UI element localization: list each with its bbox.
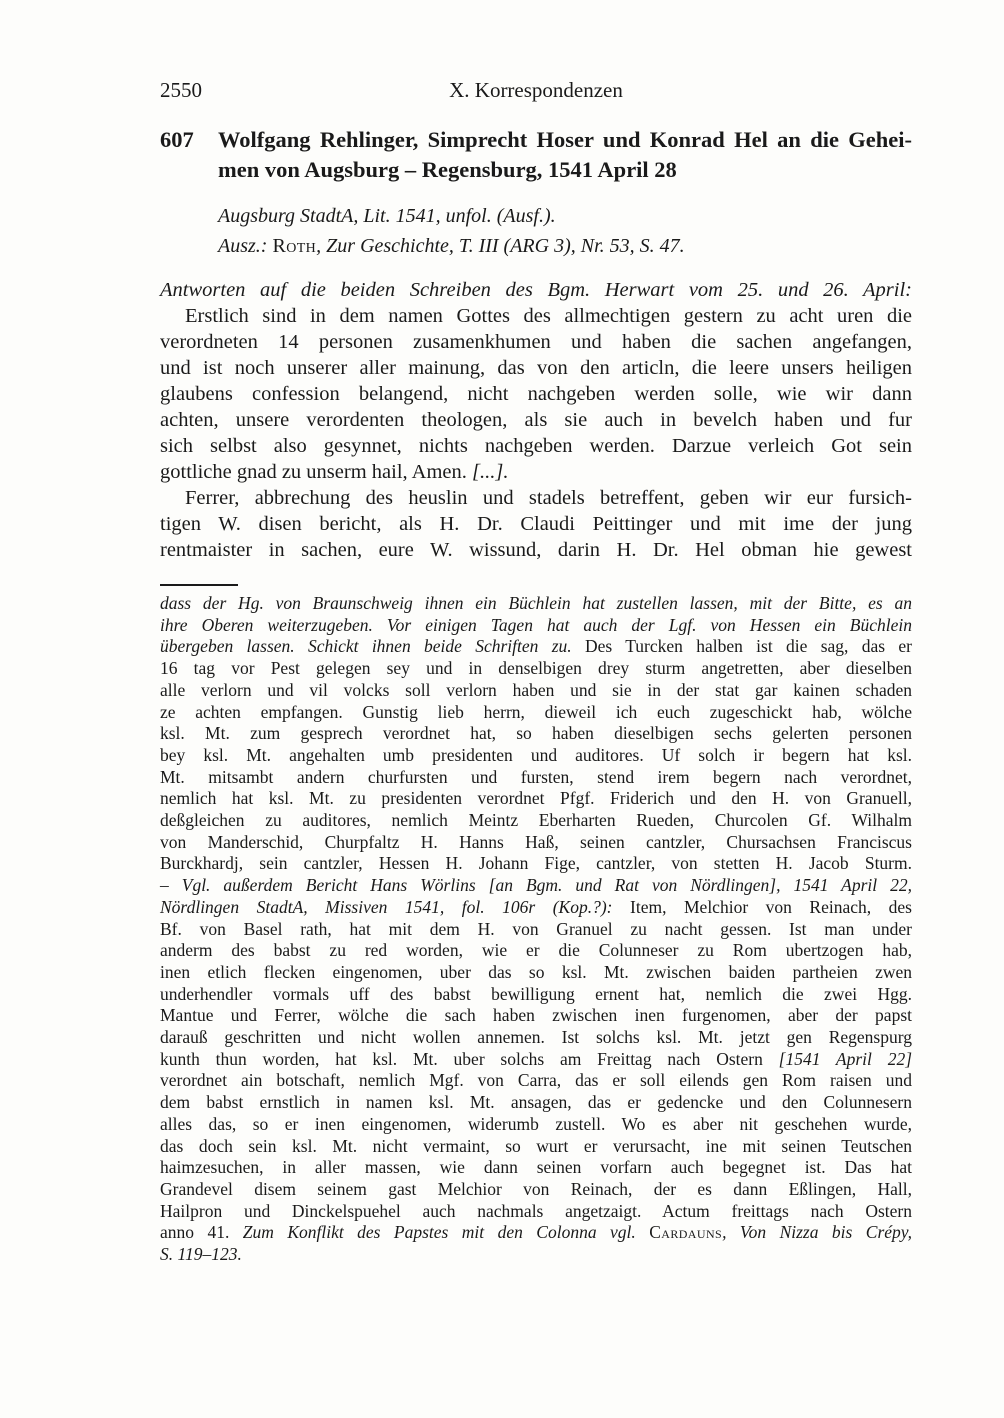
- text-run: [...].: [472, 461, 508, 483]
- text-run: Grandevel disem seinem gast Melchior von…: [160, 1179, 912, 1199]
- text-run: das doch sein ksl. Mt. nicht vermaint, s…: [160, 1136, 912, 1156]
- text-line: Burckhardj, sein cantzler, Hessen H. Joh…: [160, 853, 912, 875]
- text-line: sich selbst also gesynnet, nichts nachge…: [160, 433, 912, 459]
- text-line: deßgleichen zu auditores, nemlich Meintz…: [160, 810, 912, 832]
- text-run: Roth: [272, 235, 316, 257]
- text-line: Ferrer, abbrechung des heuslin und stade…: [160, 485, 912, 511]
- text-run: Antworten auf die beiden Schreiben des B…: [160, 279, 912, 301]
- text-line: tigen W. disen bericht, als H. Dr. Claud…: [160, 511, 912, 537]
- text-line: Mt. mitsambt andern churfursten und furs…: [160, 767, 912, 789]
- text-line: – Vgl. außerdem Bericht Hans Wörlins [an…: [160, 875, 912, 897]
- text-run: gottliche gnad zu unserm hail, Amen.: [160, 461, 472, 483]
- text-line: gottliche gnad zu unserm hail, Amen. [..…: [160, 459, 912, 485]
- text-line: Erstlich sind in dem namen Gottes des al…: [160, 303, 912, 329]
- text-line: men von Augsburg – Regensburg, 1541 Apri…: [218, 155, 912, 185]
- text-run: Bf. von Basel rath, hat mit dem H. von G…: [160, 919, 912, 939]
- text-line: das doch sein ksl. Mt. nicht vermaint, s…: [160, 1136, 912, 1158]
- text-line: alles das, so er inen eingenomen, wideru…: [160, 1114, 912, 1136]
- text-run: rentmaister in sachen, eure W. wissund, …: [160, 539, 912, 561]
- text-line: Antworten auf die beiden Schreiben des B…: [160, 277, 912, 303]
- text-run: anno 41.: [160, 1222, 243, 1242]
- text-run: Mantue und Ferrer, wölche die sach haben…: [160, 1005, 912, 1025]
- source-block: Augsburg StadtA, Lit. 1541, unfol. (Ausf…: [218, 202, 912, 261]
- text-run: ihre Oberen weiterzugeben. Vor einigen T…: [160, 615, 912, 635]
- text-run: – Vgl. außerdem Bericht Hans Wörlins [an…: [160, 875, 912, 895]
- footnote-rule: [160, 584, 238, 586]
- text-line: und ist noch unserer aller mainung, das …: [160, 355, 912, 381]
- text-run: men von Augsburg – Regensburg, 1541 Apri…: [218, 157, 677, 182]
- text-line: von Manderschid, Churpfaltz H. Hanns Haß…: [160, 832, 912, 854]
- text-run: anderm des babst zu red worden, wie er d…: [160, 940, 912, 960]
- text-run: übergeben lassen. Schickt ihnen beide Sc…: [160, 636, 585, 656]
- text-line: Grandevel disem seinem gast Melchior von…: [160, 1179, 912, 1201]
- page-header: 2550 X. Korrespondenzen: [160, 78, 912, 102]
- text-line: dem babst ernstlich in namen ksl. Mt. an…: [160, 1092, 912, 1114]
- text-run: , Zur Geschichte, T. III (ARG 3), Nr. 53…: [316, 235, 684, 257]
- running-head: X. Korrespondenzen: [160, 78, 912, 102]
- text-run: kunth thun worden, hat ksl. Mt. uber sol…: [160, 1049, 779, 1069]
- text-line: verordneten 14 personen zusamenkhumen un…: [160, 329, 912, 355]
- text-line: S. 119–123.: [160, 1244, 912, 1266]
- text-line: verordnet ain botschaft, nemlich Mgf. vo…: [160, 1070, 912, 1092]
- text-run: sich selbst also gesynnet, nichts nachge…: [160, 435, 912, 457]
- text-run: deßgleichen zu auditores, nemlich Meintz…: [160, 810, 912, 830]
- text-run: Burckhardj, sein cantzler, Hessen H. Joh…: [160, 853, 912, 873]
- text-run: glaubens confession belangend, nicht nac…: [160, 383, 912, 405]
- book-page: 2550 X. Korrespondenzen 607 Wolfgang Reh…: [0, 0, 1004, 1418]
- text-line: rentmaister in sachen, eure W. wissund, …: [160, 537, 912, 563]
- entry-title: Wolfgang Rehlinger, Simprecht Hoser und …: [218, 125, 912, 185]
- text-run: Des Turcken halben ist die sag, das er: [585, 636, 912, 656]
- text-run: inen etlich flecken eingenomen, uber das…: [160, 962, 912, 982]
- text-run: alles das, so er inen eingenomen, wideru…: [160, 1114, 912, 1134]
- text-run: Mt. mitsambt andern churfursten und furs…: [160, 767, 912, 787]
- text-run: tigen W. disen bericht, als H. Dr. Claud…: [160, 513, 912, 535]
- text-run: 16 tag vor Pest gelegen sey und in dense…: [160, 658, 912, 678]
- text-line: anno 41. Zum Konflikt des Papstes mit de…: [160, 1222, 912, 1244]
- text-line: inen etlich flecken eingenomen, uber das…: [160, 962, 912, 984]
- text-line: glaubens confession belangend, nicht nac…: [160, 381, 912, 407]
- text-run: dem babst ernstlich in namen ksl. Mt. an…: [160, 1092, 912, 1112]
- text-line: Wolfgang Rehlinger, Simprecht Hoser und …: [218, 125, 912, 155]
- text-run: nemlich hat ksl. Mt. zu presidenten vero…: [160, 788, 912, 808]
- text-run: darauß geschritten und nicht wollen anne…: [160, 1027, 912, 1047]
- text-run: underhendler vormals uff des babst bewil…: [160, 984, 912, 1004]
- text-line: Mantue und Ferrer, wölche die sach haben…: [160, 1005, 912, 1027]
- text-run: von Manderschid, Churpfaltz H. Hanns Haß…: [160, 832, 912, 852]
- text-run: Augsburg StadtA, Lit. 1541, unfol. (Ausf…: [218, 205, 556, 227]
- text-run: Ausz.:: [218, 235, 272, 257]
- text-line: achten, unsere verordenten theologen, al…: [160, 407, 912, 433]
- text-line: haimzesuchen, in aller massen, wie dann …: [160, 1157, 912, 1179]
- text-run: Ferrer, abbrechung des heuslin und stade…: [185, 487, 912, 509]
- text-line: Nördlingen StadtA, Missiven 1541, fol. 1…: [160, 897, 912, 919]
- text-run: Cardauns: [649, 1222, 722, 1242]
- text-line: anderm des babst zu red worden, wie er d…: [160, 940, 912, 962]
- text-run: Nördlingen StadtA, Missiven 1541, fol. 1…: [160, 897, 630, 917]
- text-run: alle verlorn und vil volcks soll verlorn…: [160, 680, 912, 700]
- text-run: haimzesuchen, in aller massen, wie dann …: [160, 1157, 912, 1177]
- text-run: Item, Melchior von Reinach, des: [630, 897, 912, 917]
- text-line: ihre Oberen weiterzugeben. Vor einigen T…: [160, 615, 912, 637]
- text-line: alle verlorn und vil volcks soll verlorn…: [160, 680, 912, 702]
- text-run: Wolfgang Rehlinger, Simprecht Hoser und …: [218, 127, 912, 152]
- text-run: Hailpron und Dinckelspuehel auch nachmal…: [160, 1201, 912, 1221]
- text-line: darauß geschritten und nicht wollen anne…: [160, 1027, 912, 1049]
- text-run: und ist noch unserer aller mainung, das …: [160, 357, 912, 379]
- text-line: Augsburg StadtA, Lit. 1541, unfol. (Ausf…: [218, 202, 912, 232]
- text-line: Hailpron und Dinckelspuehel auch nachmal…: [160, 1201, 912, 1223]
- text-run: bey ksl. Mt. angehalten umb presidenten …: [160, 745, 912, 765]
- letter-body: Antworten auf die beiden Schreiben des B…: [160, 277, 912, 563]
- text-line: underhendler vormals uff des babst bewil…: [160, 984, 912, 1006]
- text-run: , Von Nizza bis Crépy,: [722, 1222, 912, 1242]
- entry-heading: 607 Wolfgang Rehlinger, Simprecht Hoser …: [160, 125, 912, 185]
- text-run: verordnet ain botschaft, nemlich Mgf. vo…: [160, 1070, 912, 1090]
- text-line: bey ksl. Mt. angehalten umb presidenten …: [160, 745, 912, 767]
- text-run: verordneten 14 personen zusamenkhumen un…: [160, 331, 912, 353]
- text-run: Erstlich sind in dem namen Gottes des al…: [185, 305, 912, 327]
- text-run: Zum Konflikt des Papstes mit den Colonna…: [243, 1222, 649, 1242]
- text-line: übergeben lassen. Schickt ihnen beide Sc…: [160, 636, 912, 658]
- text-line: nemlich hat ksl. Mt. zu presidenten vero…: [160, 788, 912, 810]
- text-line: dass der Hg. von Braunschweig ihnen ein …: [160, 593, 912, 615]
- text-line: Ausz.: Roth, Zur Geschichte, T. III (ARG…: [218, 232, 912, 262]
- text-line: ze achten empfangen. Gunstig lieb herrn,…: [160, 702, 912, 724]
- footnote-block: dass der Hg. von Braunschweig ihnen ein …: [160, 593, 912, 1266]
- text-line: 16 tag vor Pest gelegen sey und in dense…: [160, 658, 912, 680]
- entry-number: 607: [160, 125, 218, 185]
- text-run: dass der Hg. von Braunschweig ihnen ein …: [160, 593, 912, 613]
- text-run: [1541 April 22]: [779, 1049, 912, 1069]
- text-line: kunth thun worden, hat ksl. Mt. uber sol…: [160, 1049, 912, 1071]
- text-line: ksl. Mt. zum gesprech verordnet hat, so …: [160, 723, 912, 745]
- text-run: achten, unsere verordenten theologen, al…: [160, 409, 912, 431]
- text-line: Bf. von Basel rath, hat mit dem H. von G…: [160, 919, 912, 941]
- text-run: ksl. Mt. zum gesprech verordnet hat, so …: [160, 723, 912, 743]
- page-number: 2550: [160, 78, 202, 102]
- text-run: ze achten empfangen. Gunstig lieb herrn,…: [160, 702, 912, 722]
- text-run: S. 119–123.: [160, 1244, 242, 1264]
